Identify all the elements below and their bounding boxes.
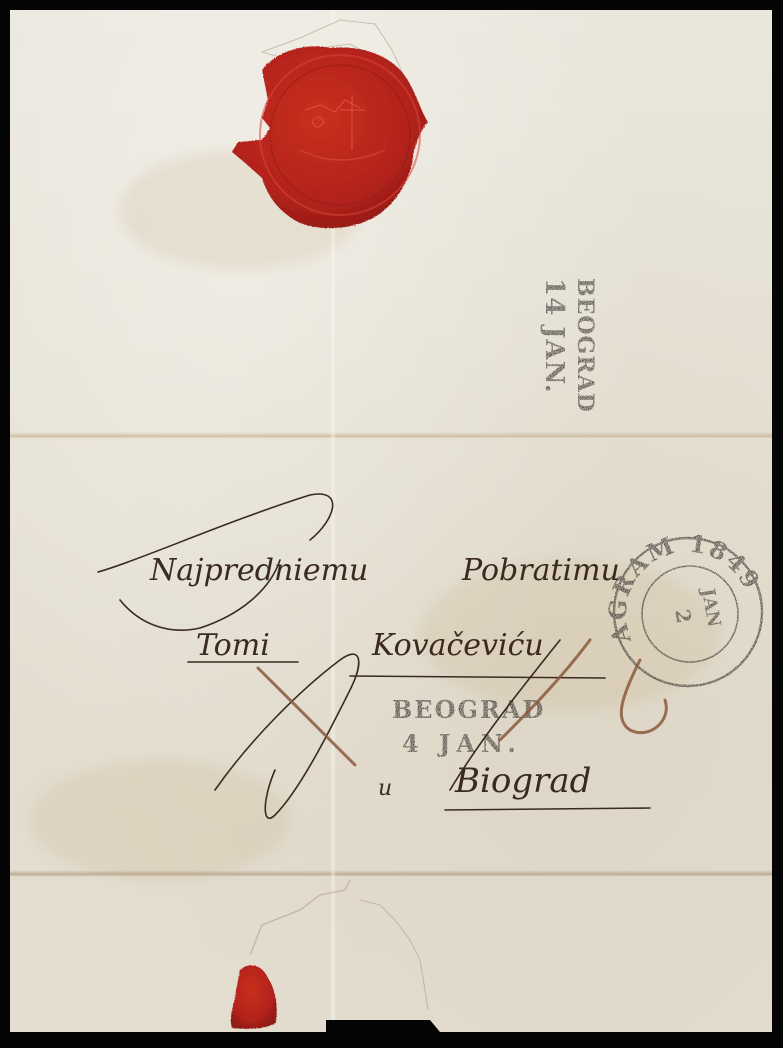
address-line2-a: Tomi bbox=[196, 628, 270, 663]
wax-seal bbox=[232, 46, 428, 228]
postmark-circular-day: 2 bbox=[670, 607, 696, 625]
address-line1-b: Pobratimu bbox=[461, 553, 620, 588]
paper-crease bbox=[360, 900, 428, 1010]
postmark-center-line2: 4 JAN. bbox=[402, 729, 522, 758]
address-line3-city: Biograd bbox=[454, 761, 591, 801]
postmark-center: BEOGRAD 4 JAN. bbox=[392, 695, 545, 758]
svg-text:AGRAM 1849: AGRAM 1849 bbox=[602, 529, 766, 648]
postmark-center-line1: BEOGRAD bbox=[392, 695, 545, 724]
wax-seal-fragment bbox=[231, 965, 277, 1028]
paper-crease bbox=[250, 880, 350, 955]
address-line1-a: Najpredniemu bbox=[149, 553, 368, 588]
postmark-circular: AGRAM 1849 JAN 2 bbox=[602, 529, 766, 686]
postmark-vertical-line1: BEOGRAD bbox=[572, 278, 598, 413]
postmark-circular-month: JAN bbox=[697, 585, 725, 629]
address-line3-prefix: u bbox=[378, 776, 392, 801]
sheet-notch bbox=[326, 1020, 440, 1032]
letter-artwork: BEOGRAD 14 JAN. AGRAM 1849 JAN 2 BEOGRAD… bbox=[0, 0, 783, 1048]
postmark-vertical-line2: 14 JAN. bbox=[539, 278, 569, 394]
postmark-circular-ring-text: AGRAM 1849 bbox=[602, 529, 766, 648]
address-line2-b: Kovačeviću bbox=[371, 628, 544, 663]
postmark-vertical: BEOGRAD 14 JAN. bbox=[539, 278, 598, 413]
